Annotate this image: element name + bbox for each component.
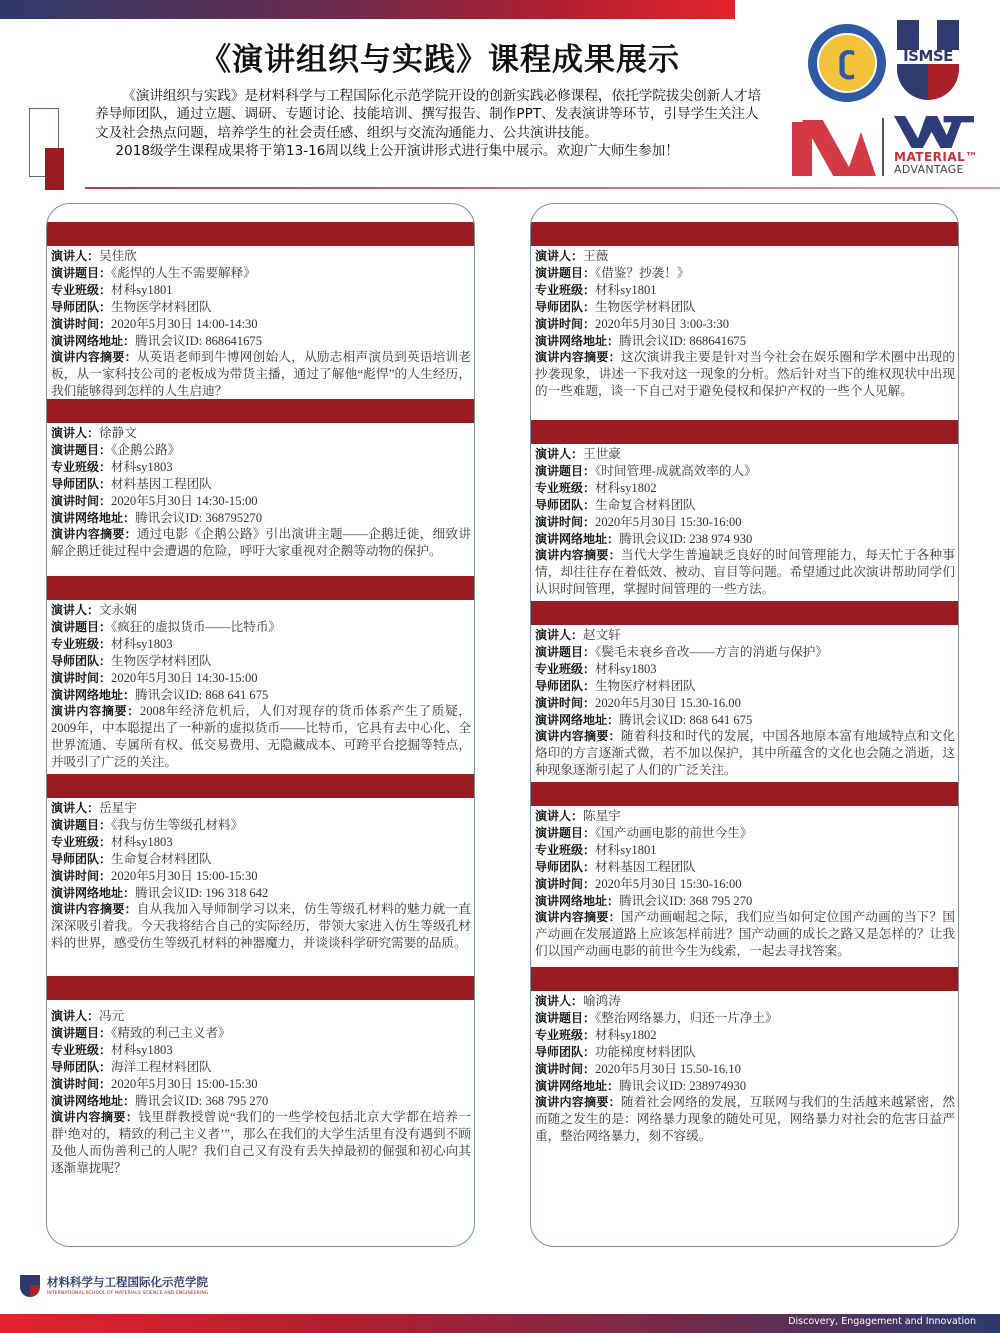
- speaker-name: 喻鸿涛: [583, 994, 621, 1008]
- class-value: 材科sy1803: [111, 1043, 173, 1057]
- team-label: 导师团队：: [51, 300, 111, 314]
- entry-header-band: [531, 967, 958, 991]
- speaker-name: 岳星宇: [99, 801, 137, 815]
- address-label: 演讲网络地址：: [535, 532, 619, 546]
- summary-label: 演讲内容摘要：: [51, 350, 137, 364]
- summary-label: 演讲内容摘要：: [535, 548, 621, 562]
- entry-header-band: [531, 601, 958, 625]
- ismse-footer-logo-icon: [20, 1275, 40, 1297]
- time-value: 2020年5月30日 15:30-16:00: [595, 515, 742, 529]
- topic-label: 演讲题目：: [535, 1011, 595, 1025]
- team-value: 生命复合材料团队: [111, 852, 212, 866]
- entry-body: 演讲人：喻鸿涛 演讲题目：《整治网络暴力，归还一片净土》 专业班级：材科sy18…: [531, 991, 958, 1149]
- summary-row: 演讲内容摘要：从英语老师到牛博网创始人，从励志相声演员到英语培训老板，从一家科技…: [51, 349, 471, 400]
- address-row: 演讲网络地址：腾讯会议ID: 368 795 270: [535, 893, 955, 910]
- entry-header-band: [47, 222, 474, 246]
- team-row: 导师团队：生命复合材料团队: [51, 851, 471, 868]
- entry-header-band: [47, 976, 474, 1000]
- card-top-spacer: [531, 204, 958, 222]
- card-top-spacer: [47, 204, 474, 222]
- class-label: 专业班级：: [535, 481, 595, 495]
- speaker-name: 吴佳欣: [99, 249, 137, 263]
- speaker-row: 演讲人：吴佳欣: [51, 248, 471, 265]
- speaker-label: 演讲人：: [535, 809, 583, 823]
- team-row: 导师团队：生物医学材料团队: [535, 299, 955, 316]
- class-row: 专业班级：材科sy1803: [51, 459, 471, 476]
- class-label: 专业班级：: [51, 460, 111, 474]
- team-label: 导师团队：: [535, 498, 595, 512]
- meeting-id[interactable]: 腾讯会议ID: 868641675: [619, 334, 746, 348]
- footer-logo-bottom: [20, 1285, 40, 1297]
- topic-value: 《彪悍的人生不需要解释》: [111, 266, 256, 280]
- time-label: 演讲时间：: [51, 317, 111, 331]
- meeting-id[interactable]: 腾讯会议ID: 368795270: [135, 511, 262, 525]
- time-value: 2020年5月30日 15:00-15:30: [111, 869, 258, 883]
- class-label: 专业班级：: [51, 637, 111, 651]
- time-row: 演讲时间：2020年5月30日 15.30-16.00: [535, 695, 955, 712]
- entry-body: 演讲人：文永娴 演讲题目：《疯狂的虚拟货币——比特币》 专业班级：材科sy180…: [47, 600, 474, 775]
- header-divider: [85, 187, 1000, 189]
- address-label: 演讲网络地址：: [535, 894, 619, 908]
- summary-label: 演讲内容摘要：: [535, 910, 621, 924]
- time-label: 演讲时间：: [51, 494, 111, 508]
- speaker-entry: 演讲人：赵文轩 演讲题目：《鬓毛未衰乡音改——方言的消逝与保护》 专业班级：材科…: [531, 601, 958, 782]
- meeting-id[interactable]: 腾讯会议ID: 868 641 675: [135, 688, 268, 702]
- ismse-shield-bottom: [897, 64, 959, 100]
- ismse-shield-right: [937, 20, 959, 50]
- topic-value: 《我与仿生等级孔材料》: [111, 818, 243, 832]
- team-label: 导师团队：: [535, 1045, 595, 1059]
- team-row: 导师团队：生物医学材料团队: [51, 299, 471, 316]
- topic-row: 演讲题目：《精致的利己主义者》: [51, 1025, 471, 1042]
- footer-school-name-en: INTERNATIONAL SCHOOL OF MATERIALS SCIENC…: [47, 1291, 208, 1296]
- ismse-logo: ISMSE: [893, 20, 963, 102]
- page-title: 《演讲组织与实践》课程成果展示: [120, 34, 760, 79]
- class-row: 专业班级：材科sy1801: [535, 282, 955, 299]
- entry-body: 演讲人：岳星宇 演讲题目：《我与仿生等级孔材料》 专业班级：材科sy1803 导…: [47, 798, 474, 956]
- time-row: 演讲时间：2020年5月30日 14:30-15:00: [51, 493, 471, 510]
- speaker-entry: 演讲人：文永娴 演讲题目：《疯狂的虚拟货币——比特币》 专业班级：材科sy180…: [47, 576, 474, 774]
- speaker-name: 徐静文: [99, 426, 137, 440]
- address-label: 演讲网络地址：: [535, 1079, 619, 1093]
- topic-label: 演讲题目：: [51, 818, 111, 832]
- address-label: 演讲网络地址：: [51, 688, 135, 702]
- entry-body: 演讲人：赵文轩 演讲题目：《鬓毛未衰乡音改——方言的消逝与保护》 专业班级：材科…: [531, 625, 958, 783]
- meeting-id[interactable]: 腾讯会议ID: 868 641 675: [619, 713, 752, 727]
- topic-value: 《鬓毛未衰乡音改——方言的消逝与保护》: [595, 645, 828, 659]
- address-label: 演讲网络地址：: [535, 334, 619, 348]
- speaker-row: 演讲人：王世豪: [535, 446, 955, 463]
- time-label: 演讲时间：: [535, 317, 595, 331]
- time-label: 演讲时间：: [535, 696, 595, 710]
- speaker-name: 王薇: [583, 249, 608, 263]
- top-gradient-bar: [0, 0, 735, 19]
- entry-body: 演讲人：陈星宇 演讲题目：《国产动画电影的前世今生》 专业班级：材科sy1801…: [531, 806, 958, 964]
- address-row: 演讲网络地址：腾讯会议ID: 238974930: [535, 1078, 955, 1095]
- address-label: 演讲网络地址：: [51, 886, 135, 900]
- summary-label: 演讲内容摘要：: [535, 350, 621, 364]
- entry-body: 演讲人：王世豪 演讲题目：《时间管理-成就高效率的人》 专业班级：材科sy180…: [531, 444, 958, 602]
- time-value: 2020年5月30日 15:30-16:00: [595, 877, 742, 891]
- meeting-id[interactable]: 腾讯会议ID: 368 795 270: [135, 1094, 268, 1108]
- speaker-label: 演讲人：: [51, 603, 99, 617]
- summary-label: 演讲内容摘要：: [51, 704, 140, 718]
- summary-label: 演讲内容摘要：: [535, 1095, 621, 1109]
- topic-row: 演讲题目：《借鉴？抄袭！》: [535, 265, 955, 282]
- team-value: 生物医学材料团队: [111, 300, 212, 314]
- speaker-row: 演讲人：岳星宇: [51, 800, 471, 817]
- team-row: 导师团队：生命复合材料团队: [535, 497, 955, 514]
- entry-body: 演讲人：吴佳欣 演讲题目：《彪悍的人生不需要解释》 专业班级：材科sy1801 …: [47, 246, 474, 404]
- address-row: 演讲网络地址：腾讯会议ID: 868 641 675: [535, 712, 955, 729]
- material-advantage-w-icon: [894, 116, 974, 148]
- team-row: 导师团队：材料基因工程团队: [51, 476, 471, 493]
- summary-row: 演讲内容摘要：通过电影《企鹅公路》引出演讲主题——企鹅迁徙，细致讲解企鹅迁徙过程…: [51, 526, 471, 560]
- time-value: 2020年5月30日 14:30-15:00: [111, 494, 258, 508]
- class-value: 材科sy1802: [595, 481, 657, 495]
- topic-row: 演讲题目：《我与仿生等级孔材料》: [51, 817, 471, 834]
- entry-header-band: [47, 576, 474, 600]
- time-row: 演讲时间：2020年5月30日 15:00-15:30: [51, 1076, 471, 1093]
- m-logo-triangle: [846, 132, 876, 176]
- material-advantage-line2: ADVANTAGE: [894, 163, 964, 176]
- speaker-row: 演讲人：陈星宇: [535, 808, 955, 825]
- class-row: 专业班级：材科sy1803: [51, 834, 471, 851]
- topic-label: 演讲题目：: [51, 1026, 111, 1040]
- class-row: 专业班级：材科sy1803: [51, 636, 471, 653]
- topic-row: 演讲题目：《国产动画电影的前世今生》: [535, 825, 955, 842]
- class-row: 专业班级：材科sy1802: [535, 1027, 955, 1044]
- time-row: 演讲时间：2020年5月30日 15.50-16.10: [535, 1061, 955, 1078]
- time-label: 演讲时间：: [535, 877, 595, 891]
- topic-row: 演讲题目：《疯狂的虚拟货币——比特币》: [51, 619, 471, 636]
- speaker-name: 陈星宇: [583, 809, 621, 823]
- decorative-red-rect: [45, 148, 64, 190]
- entry-header-band: [47, 399, 474, 423]
- topic-label: 演讲题目：: [535, 464, 595, 478]
- topic-value: 《国产动画电影的前世今生》: [595, 826, 752, 840]
- class-label: 专业班级：: [51, 1043, 111, 1057]
- team-row: 导师团队：海洋工程材料团队: [51, 1059, 471, 1076]
- team-value: 生物医学材料团队: [111, 654, 212, 668]
- time-value: 2020年5月30日 14:00-14:30: [111, 317, 258, 331]
- team-row: 导师团队：生物医学材料团队: [51, 653, 471, 670]
- speaker-row: 演讲人：喻鸿涛: [535, 993, 955, 1010]
- logo-separator: [882, 118, 884, 176]
- time-value: 2020年5月30日 14:30-15:00: [111, 671, 258, 685]
- intro-paragraph-2: 2018级学生课程成果将于第13-16周以线上公开演讲形式进行集中展示。欢迎广大…: [95, 142, 770, 160]
- speaker-entry: 演讲人：徐静文 演讲题目：《企鹅公路》 专业班级：材科sy1803 导师团队：材…: [47, 399, 474, 576]
- entry-header-band: [531, 222, 958, 246]
- m-logo: [792, 116, 877, 176]
- summary-row: 演讲内容摘要：当代大学生普遍缺乏良好的时间管理能力，每天忙于各种事情，却往往存在…: [535, 547, 955, 598]
- speaker-row: 演讲人：冯元: [51, 1008, 471, 1025]
- address-row: 演讲网络地址：腾讯会议ID: 868641675: [535, 333, 955, 350]
- topic-value: 《整治网络暴力，归还一片净土》: [595, 1011, 778, 1025]
- team-label: 导师团队：: [535, 860, 595, 874]
- time-row: 演讲时间：2020年5月30日 15:30-16:00: [535, 876, 955, 893]
- topic-row: 演讲题目：《企鹅公路》: [51, 442, 471, 459]
- class-row: 专业班级：材科sy1803: [535, 661, 955, 678]
- speaker-entry: 演讲人：冯元 演讲题目：《精致的利己主义者》 专业班级：材科sy1803 导师团…: [47, 976, 474, 1181]
- topic-row: 演讲题目：《整治网络暴力，归还一片净土》: [535, 1010, 955, 1027]
- speaker-entry: 演讲人：喻鸿涛 演讲题目：《整治网络暴力，归还一片净土》 专业班级：材科sy18…: [531, 967, 958, 1149]
- material-advantage-logo: MATERIAL™ ADVANTAGE: [890, 116, 990, 178]
- team-label: 导师团队：: [51, 477, 111, 491]
- summary-row: 演讲内容摘要：随着社会网络的发展，互联网与我们的生活越来越紧密，然而随之发生的是…: [535, 1094, 955, 1145]
- speaker-label: 演讲人：: [51, 249, 99, 263]
- team-value: 海洋工程材料团队: [111, 1060, 212, 1074]
- time-value: 2020年5月30日 3:00-3:30: [595, 317, 729, 331]
- topic-label: 演讲题目：: [535, 645, 595, 659]
- speaker-name: 冯元: [99, 1009, 124, 1023]
- left-speaker-card: 演讲人：吴佳欣 演讲题目：《彪悍的人生不需要解释》 专业班级：材科sy1801 …: [46, 203, 475, 1247]
- speaker-name: 赵文轩: [583, 628, 621, 642]
- address-row: 演讲网络地址：腾讯会议ID: 368795270: [51, 510, 471, 527]
- team-row: 导师团队：材料基因工程团队: [535, 859, 955, 876]
- topic-value: 《借鉴？抄袭！》: [595, 266, 689, 280]
- speaker-row: 演讲人：徐静文: [51, 425, 471, 442]
- topic-label: 演讲题目：: [51, 443, 111, 457]
- address-label: 演讲网络地址：: [51, 1094, 135, 1108]
- intro-text: 《演讲组织与实践》是材料科学与工程国际化示范学院开设的创新实践必修课程，依托学院…: [95, 87, 770, 160]
- entry-header-band: [47, 774, 474, 798]
- time-value: 2020年5月30日 15:00-15:30: [111, 1077, 258, 1091]
- class-value: 材科sy1801: [111, 283, 173, 297]
- footer-tagline: Discovery, Engagement and Innovation: [788, 1316, 976, 1327]
- time-label: 演讲时间：: [535, 515, 595, 529]
- speaker-entry: 演讲人：陈星宇 演讲题目：《国产动画电影的前世今生》 专业班级：材科sy1801…: [531, 782, 958, 967]
- time-value: 2020年5月30日 15.30-16.00: [595, 696, 741, 710]
- entry-header-band: [531, 420, 958, 444]
- topic-value: 《精致的利己主义者》: [111, 1026, 231, 1040]
- class-row: 专业班级：材科sy1801: [51, 282, 471, 299]
- class-label: 专业班级：: [535, 843, 595, 857]
- speaker-row: 演讲人：文永娴: [51, 602, 471, 619]
- class-row: 专业班级：材科sy1803: [51, 1042, 471, 1059]
- class-value: 材科sy1803: [595, 662, 657, 676]
- speaker-label: 演讲人：: [535, 994, 583, 1008]
- address-row: 演讲网络地址：腾讯会议ID: 868 641 675: [51, 687, 471, 704]
- time-value: 2020年5月30日 15.50-16.10: [595, 1062, 741, 1076]
- class-value: 材科sy1801: [595, 843, 657, 857]
- team-row: 导师团队：生物医疗材料团队: [535, 678, 955, 695]
- address-row: 演讲网络地址：腾讯会议ID: 868641675: [51, 333, 471, 350]
- address-label: 演讲网络地址：: [51, 511, 135, 525]
- address-label: 演讲网络地址：: [535, 713, 619, 727]
- topic-row: 演讲题目：《鬓毛未衰乡音改——方言的消逝与保护》: [535, 644, 955, 661]
- meeting-id[interactable]: 腾讯会议ID: 368 795 270: [619, 894, 752, 908]
- topic-row: 演讲题目：《时间管理-成就高效率的人》: [535, 463, 955, 480]
- speaker-label: 演讲人：: [51, 801, 99, 815]
- topic-label: 演讲题目：: [535, 266, 595, 280]
- speaker-name: 王世豪: [583, 447, 621, 461]
- class-value: 材科sy1803: [111, 637, 173, 651]
- time-row: 演讲时间：2020年5月30日 14:00-14:30: [51, 316, 471, 333]
- speaker-row: 演讲人：王薇: [535, 248, 955, 265]
- entry-header-band: [531, 782, 958, 806]
- speaker-label: 演讲人：: [535, 249, 583, 263]
- summary-row: 演讲内容摘要：钱里群教授曾说“我们的一些学校包括北京大学都在培养一群‘绝对的，精…: [51, 1109, 471, 1177]
- time-label: 演讲时间：: [51, 869, 111, 883]
- team-label: 导师团队：: [51, 1060, 111, 1074]
- meeting-id[interactable]: 腾讯会议ID: 238974930: [619, 1079, 746, 1093]
- class-value: 材科sy1803: [111, 835, 173, 849]
- team-label: 导师团队：: [535, 679, 595, 693]
- team-value: 材料基因工程团队: [111, 477, 212, 491]
- time-row: 演讲时间：2020年5月30日 15:30-16:00: [535, 514, 955, 531]
- team-value: 生物医学材料团队: [595, 300, 696, 314]
- material-advantage-line1: MATERIAL™: [894, 150, 978, 164]
- topic-label: 演讲题目：: [51, 266, 111, 280]
- class-row: 专业班级：材科sy1801: [535, 842, 955, 859]
- class-row: 专业班级：材科sy1802: [535, 480, 955, 497]
- summary-row: 演讲内容摘要：随着科技和时代的发展，中国各地原本富有地域特点和文化烙印的方言逐渐…: [535, 728, 955, 779]
- meeting-id[interactable]: 腾讯会议ID: 238 974 930: [619, 532, 752, 546]
- time-row: 演讲时间：2020年5月30日 3:00-3:30: [535, 316, 955, 333]
- speaker-entry: 演讲人：岳星宇 演讲题目：《我与仿生等级孔材料》 专业班级：材科sy1803 导…: [47, 774, 474, 976]
- summary-row: 演讲内容摘要：国产动画崛起之际，我们应当如何定位国产动画的当下？国产动画在发展道…: [535, 909, 955, 960]
- team-row: 导师团队：功能梯度材料团队: [535, 1044, 955, 1061]
- whut-logo-emblem-icon: ʗ: [811, 27, 883, 99]
- entry-body: 演讲人：王薇 演讲题目：《借鉴？抄袭！》 专业班级：材科sy1801 导师团队：…: [531, 246, 958, 404]
- meeting-id[interactable]: 腾讯会议ID: 868641675: [135, 334, 262, 348]
- summary-label: 演讲内容摘要：: [535, 729, 621, 743]
- class-value: 材科sy1803: [111, 460, 173, 474]
- class-value: 材科sy1802: [595, 1028, 657, 1042]
- speaker-entry: 演讲人：王世豪 演讲题目：《时间管理-成就高效率的人》 专业班级：材科sy180…: [531, 420, 958, 601]
- time-label: 演讲时间：: [51, 1077, 111, 1091]
- class-label: 专业班级：: [51, 835, 111, 849]
- address-row: 演讲网络地址：腾讯会议ID: 196 318 642: [51, 885, 471, 902]
- class-label: 专业班级：: [535, 283, 595, 297]
- topic-value: 《企鹅公路》: [111, 443, 180, 457]
- ismse-shield-left: [897, 20, 919, 50]
- ismse-logo-text: ISMSE: [893, 47, 963, 65]
- time-label: 演讲时间：: [51, 671, 111, 685]
- summary-row: 演讲内容摘要：自从我加入导师制学习以来，仿生等级孔材料的魅力就一直深深吸引着我。…: [51, 901, 471, 952]
- entry-body: 演讲人：徐静文 演讲题目：《企鹅公路》 专业班级：材科sy1803 导师团队：材…: [47, 423, 474, 564]
- topic-label: 演讲题目：: [535, 826, 595, 840]
- summary-label: 演讲内容摘要：: [51, 1110, 138, 1124]
- class-label: 专业班级：: [51, 283, 111, 297]
- team-label: 导师团队：: [51, 654, 111, 668]
- topic-value: 《疯狂的虚拟货币——比特币》: [111, 620, 281, 634]
- team-value: 生命复合材料团队: [595, 498, 696, 512]
- summary-label: 演讲内容摘要：: [51, 527, 137, 541]
- team-value: 生物医疗材料团队: [595, 679, 696, 693]
- entry-body: 演讲人：冯元 演讲题目：《精致的利己主义者》 专业班级：材科sy1803 导师团…: [47, 1000, 474, 1181]
- speaker-row: 演讲人：赵文轩: [535, 627, 955, 644]
- speaker-label: 演讲人：: [51, 426, 99, 440]
- time-row: 演讲时间：2020年5月30日 14:30-15:00: [51, 670, 471, 687]
- team-value: 功能梯度材料团队: [595, 1045, 696, 1059]
- topic-label: 演讲题目：: [51, 620, 111, 634]
- topic-row: 演讲题目：《彪悍的人生不需要解释》: [51, 265, 471, 282]
- team-label: 导师团队：: [535, 300, 595, 314]
- speaker-label: 演讲人：: [535, 447, 583, 461]
- time-label: 演讲时间：: [535, 1062, 595, 1076]
- summary-label: 演讲内容摘要：: [51, 902, 137, 916]
- address-row: 演讲网络地址：腾讯会议ID: 238 974 930: [535, 531, 955, 548]
- class-label: 专业班级：: [535, 662, 595, 676]
- team-value: 材料基因工程团队: [595, 860, 696, 874]
- meeting-id[interactable]: 腾讯会议ID: 196 318 642: [135, 886, 268, 900]
- summary-row: 演讲内容摘要：这次演讲我主要是针对当今社会在娱乐圈和学术圈中出现的抄袭现象，讲述…: [535, 349, 955, 400]
- address-label: 演讲网络地址：: [51, 334, 135, 348]
- summary-row: 演讲内容摘要：2008年经济危机后，人们对现存的货币体系产生了质疑，2009年，…: [51, 703, 471, 771]
- class-value: 材科sy1801: [595, 283, 657, 297]
- whut-logo: ʗ: [808, 24, 886, 102]
- class-label: 专业班级：: [535, 1028, 595, 1042]
- speaker-label: 演讲人：: [535, 628, 583, 642]
- bottom-gradient-bar: Discovery, Engagement and Innovation: [0, 1314, 1000, 1333]
- speaker-name: 文永娴: [99, 603, 137, 617]
- speaker-entry: 演讲人：吴佳欣 演讲题目：《彪悍的人生不需要解释》 专业班级：材科sy1801 …: [47, 222, 474, 399]
- speaker-label: 演讲人：: [51, 1009, 99, 1023]
- right-speaker-card: 演讲人：王薇 演讲题目：《借鉴？抄袭！》 专业班级：材科sy1801 导师团队：…: [530, 203, 959, 1247]
- intro-paragraph-1: 《演讲组织与实践》是材料科学与工程国际化示范学院开设的创新实践必修课程，依托学院…: [95, 87, 770, 142]
- team-label: 导师团队：: [51, 852, 111, 866]
- time-row: 演讲时间：2020年5月30日 15:00-15:30: [51, 868, 471, 885]
- address-row: 演讲网络地址：腾讯会议ID: 368 795 270: [51, 1093, 471, 1110]
- speaker-entry: 演讲人：王薇 演讲题目：《借鉴？抄袭！》 专业班级：材科sy1801 导师团队：…: [531, 222, 958, 420]
- topic-value: 《时间管理-成就高效率的人》: [595, 464, 757, 478]
- footer-school-name: 材料科学与工程国际化示范学院: [47, 1274, 208, 1290]
